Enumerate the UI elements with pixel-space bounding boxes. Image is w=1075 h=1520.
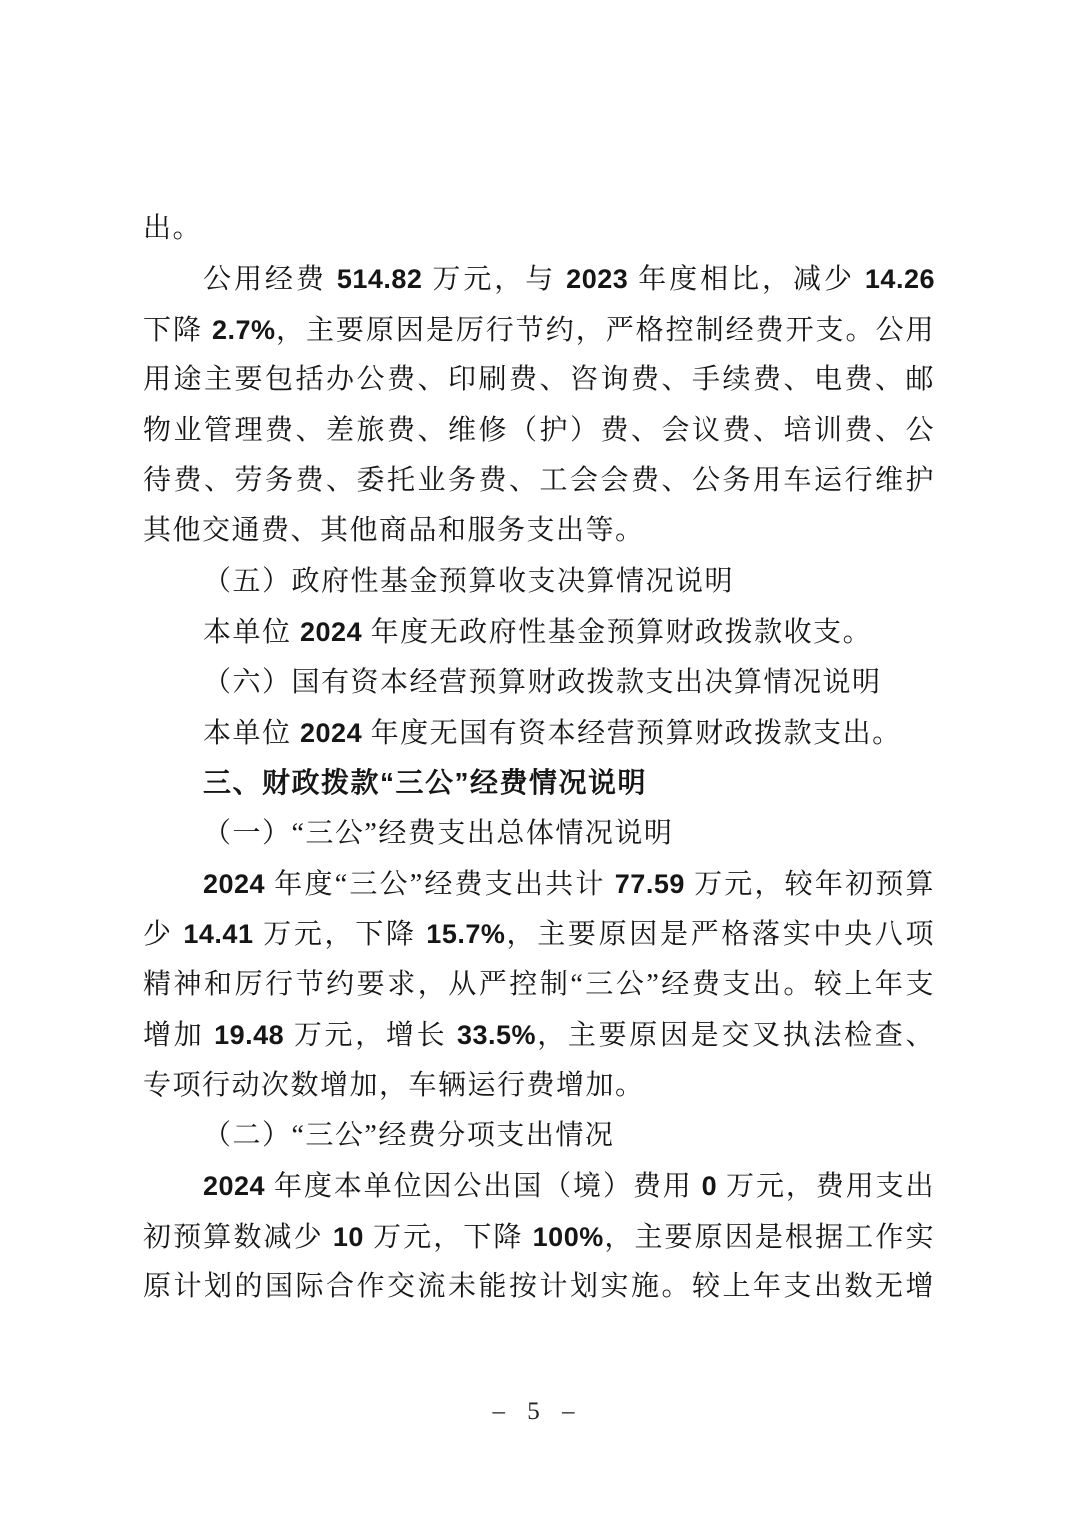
paragraph-line: 物业管理费、差旅费、维修（护）费、会议费、培训费、公务接: [143, 406, 935, 456]
document-page: 出。 公用经费 514.82 万元，与 2023 年度相比，减少 14.26 万…: [0, 0, 1075, 1520]
paragraph-line: 初预算数减少 10 万元，下降 100%，主要原因是根据工作实际，: [143, 1212, 935, 1262]
paragraph-line: 少 14.41 万元，下降 15.7%，主要原因是严格落实中央八项规定: [143, 909, 935, 959]
paragraph-line: 精神和厉行节约要求，从严控制“三公”经费支出。较上年支出数: [143, 960, 935, 1010]
paragraph-line: 2024 年度“三公”经费支出共计 77.59 万元，较年初预算数减: [143, 859, 935, 909]
paragraph-line: 用途主要包括办公费、印刷费、咨询费、手续费、电费、邮电费、: [143, 355, 935, 405]
subsection-heading-2: （二）“三公”经费分项支出情况: [143, 1111, 935, 1161]
paragraph-line: 专项行动次数增加，车辆运行费增加。: [143, 1061, 935, 1111]
paragraph-line: 出。: [143, 204, 935, 254]
paragraph-line: 公用经费 514.82 万元，与 2023 年度相比，减少 14.26 万元，: [143, 254, 935, 304]
page-number: – 5 –: [0, 1398, 1075, 1426]
subsection-heading-1: （一）“三公”经费支出总体情况说明: [143, 809, 935, 859]
subsection-heading-6: （六）国有资本经营预算财政拨款支出决算情况说明: [143, 658, 935, 708]
paragraph-line: 待费、劳务费、委托业务费、工会会费、公务用车运行维护费、: [143, 456, 935, 506]
paragraph-line: 原计划的国际合作交流未能按计划实施。较上年支出数无增减，: [143, 1262, 935, 1312]
paragraph-line: 下降 2.7%，主要原因是厉行节约，严格控制经费开支。公用经费: [143, 305, 935, 355]
subsection-heading-5: （五）政府性基金预算收支决算情况说明: [143, 557, 935, 607]
paragraph-line: 本单位 2024 年度无政府性基金预算财政拨款收支。: [143, 607, 935, 657]
paragraph-line: 增加 19.48 万元，增长 33.5%，主要原因是交叉执法检查、执法: [143, 1010, 935, 1060]
section-heading-3: 三、财政拨款“三公”经费情况说明: [143, 758, 935, 808]
paragraph-line: 其他交通费、其他商品和服务支出等。: [143, 506, 935, 556]
paragraph-line: 2024 年度本单位因公出国（境）费用 0 万元，费用支出较年: [143, 1161, 935, 1211]
text-block: 出。 公用经费 514.82 万元，与 2023 年度相比，减少 14.26 万…: [143, 204, 935, 1313]
paragraph-line: 本单位 2024 年度无国有资本经营预算财政拨款支出。: [143, 708, 935, 758]
